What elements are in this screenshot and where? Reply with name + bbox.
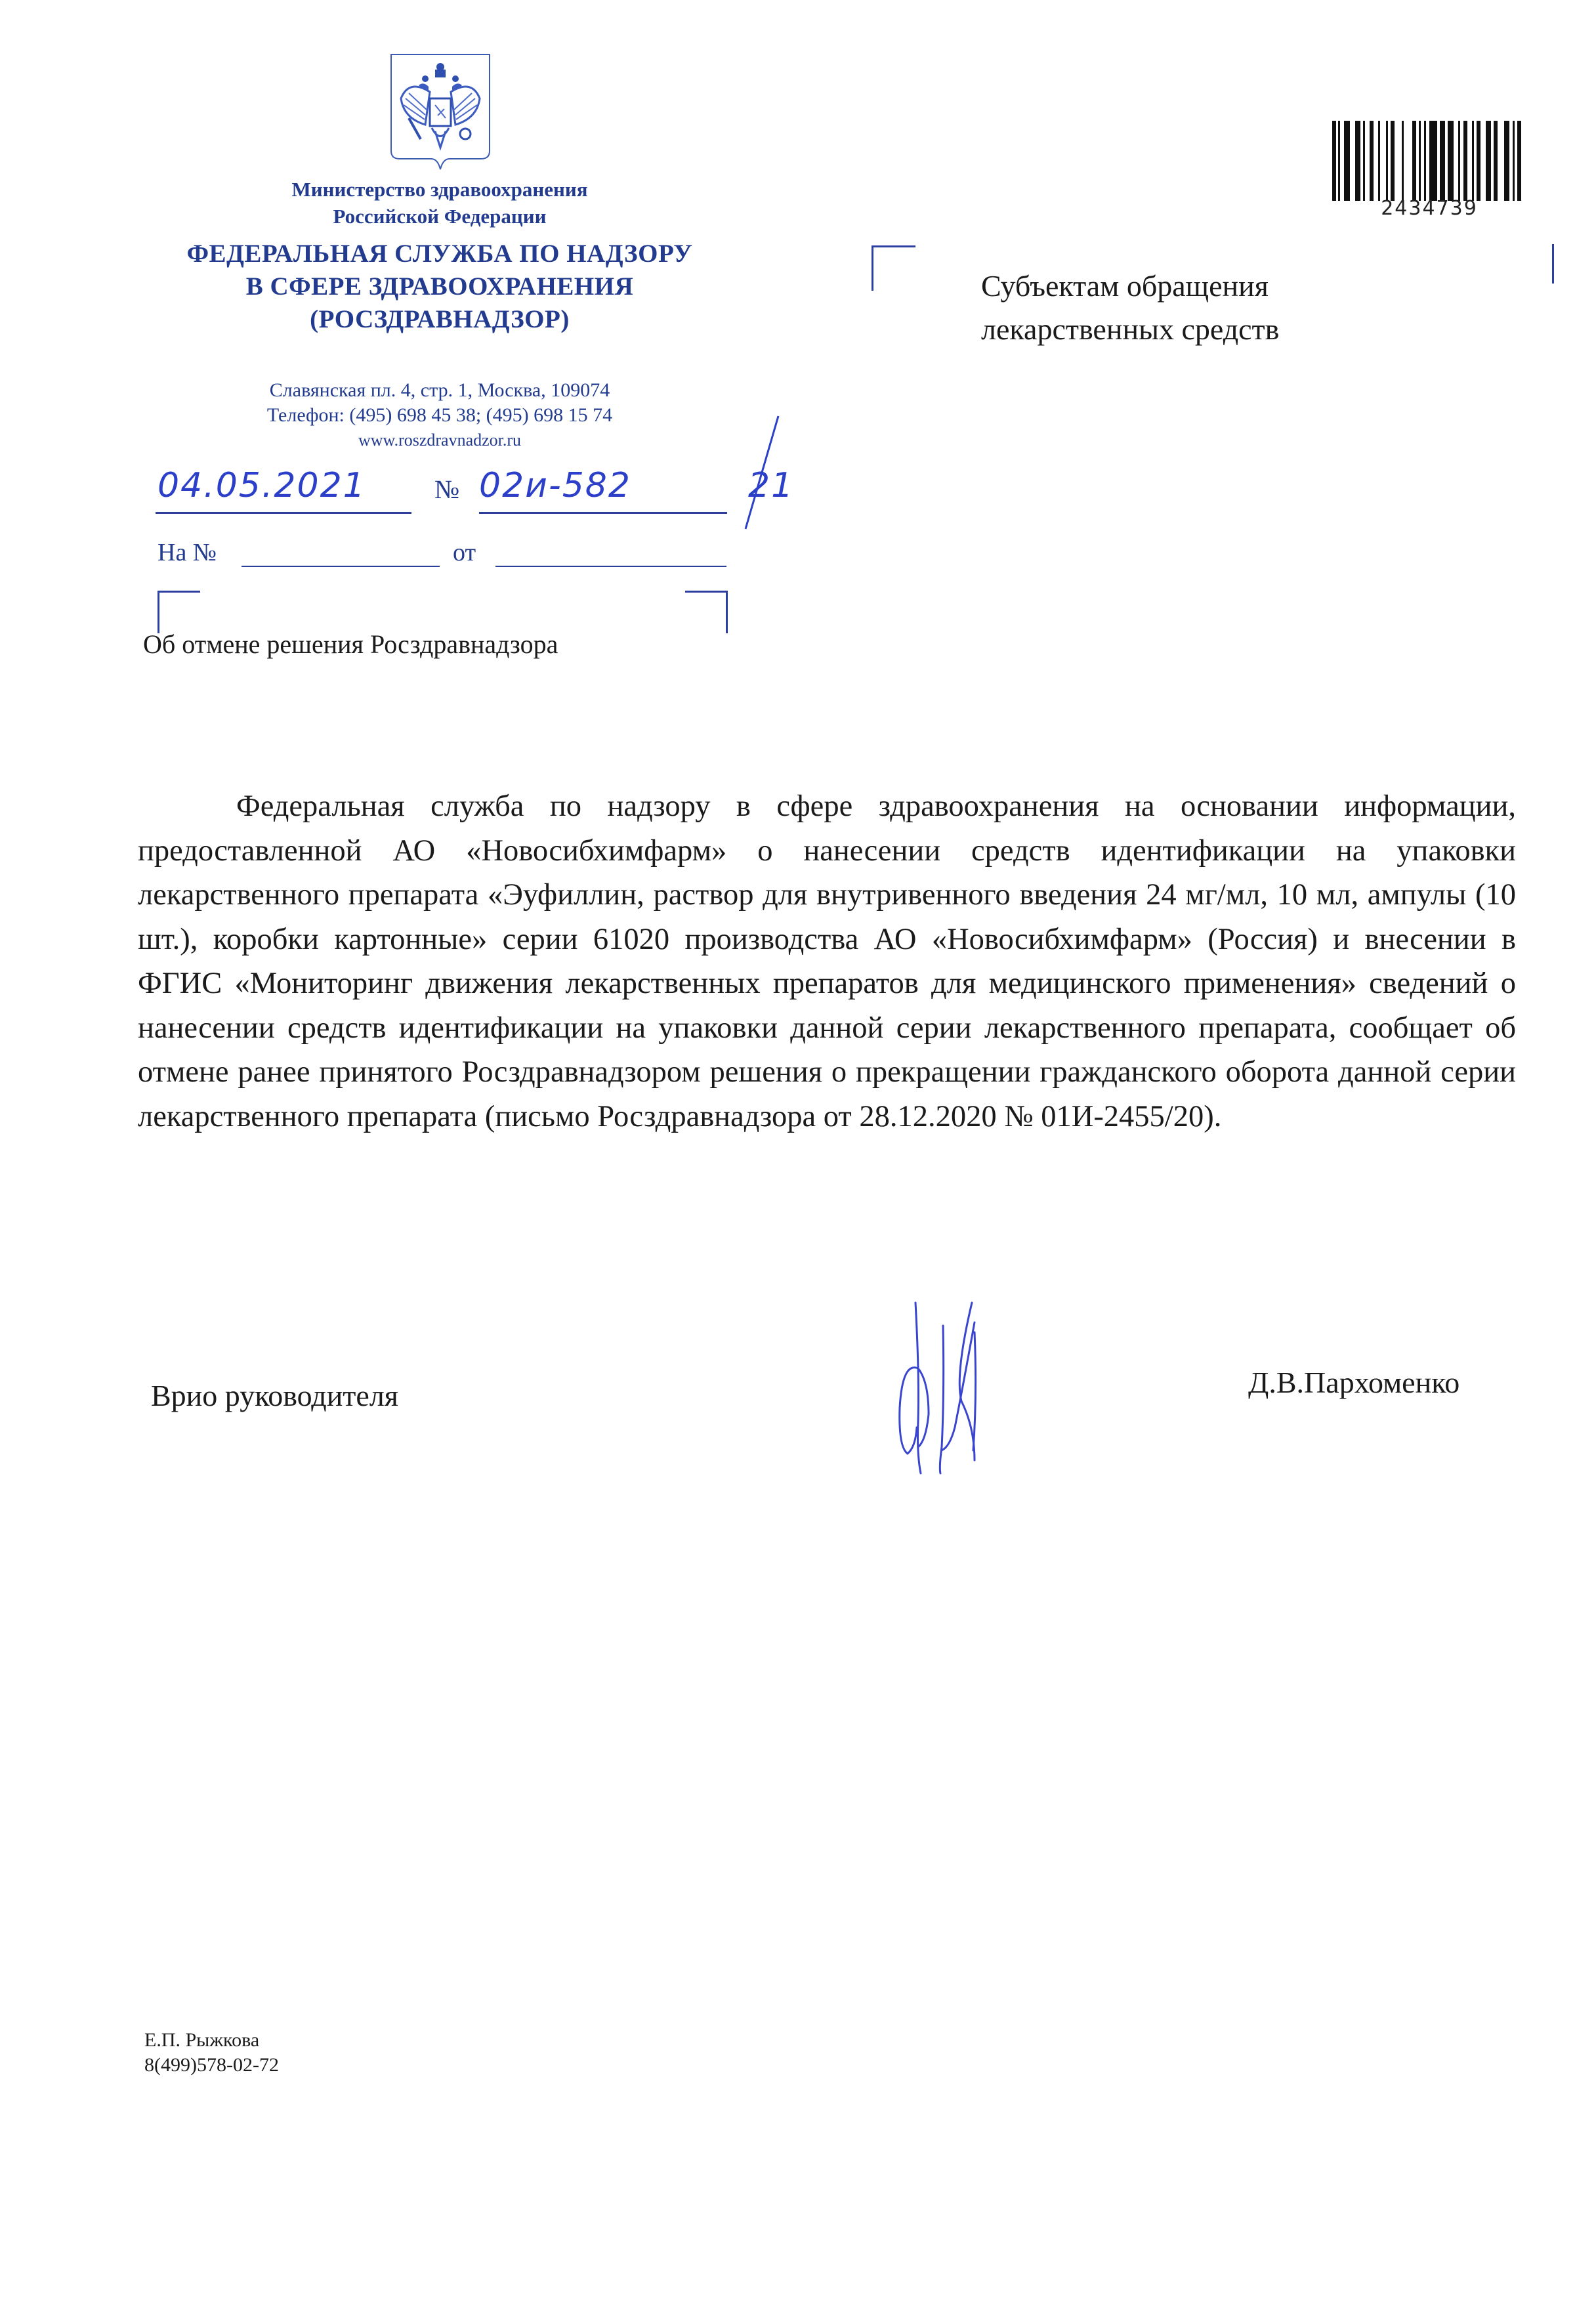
address: Славянская пл. 4, стр. 1, Москва, 109074 xyxy=(164,378,715,403)
ministry-name: Министерство здравоохранения Российской … xyxy=(197,176,682,230)
signatory-name: Д.В.Пархоменко xyxy=(1248,1365,1459,1400)
service-line-1: ФЕДЕРАЛЬНАЯ СЛУЖБА ПО НАДЗОРУ xyxy=(138,238,742,270)
number-sign: № xyxy=(434,474,459,505)
signatory-title: Врио руководителя xyxy=(151,1378,398,1413)
ministry-line-1: Министерство здравоохранения xyxy=(197,176,682,203)
addressee-line-1: Субъектам обращения xyxy=(981,264,1279,308)
reply-to-number-field xyxy=(241,566,440,567)
addressee: Субъектам обращения лекарственных средст… xyxy=(981,264,1279,351)
barcode-number: 2434739 xyxy=(1332,197,1526,220)
subject-bracket-right xyxy=(685,591,728,633)
coat-of-arms-icon xyxy=(389,53,492,171)
addressee-line-2: лекарственных средств xyxy=(981,308,1279,351)
ministry-line-2: Российской Федерации xyxy=(197,203,682,230)
service-line-2: В СФЕРЕ ЗДРАВООХРАНЕНИЯ xyxy=(138,270,742,303)
website-link[interactable]: www.roszdravnadzor.ru xyxy=(164,428,715,453)
service-line-3: (РОСЗДРАВНАДЗОР) xyxy=(138,303,742,336)
registration-date: 04.05.2021 xyxy=(157,466,366,505)
letter-subject: Об отмене решения Росздравнадзора xyxy=(143,629,558,660)
subject-bracket-left xyxy=(157,591,200,633)
letterhead-contacts: Славянская пл. 4, стр. 1, Москва, 109074… xyxy=(164,378,715,453)
addressee-bracket-right xyxy=(1552,244,1554,284)
date-underline xyxy=(156,512,411,514)
service-name: ФЕДЕРАЛЬНАЯ СЛУЖБА ПО НАДЗОРУ В СФЕРЕ ЗД… xyxy=(138,238,742,336)
handwritten-signature-icon xyxy=(876,1296,1060,1493)
addressee-bracket-left xyxy=(871,245,915,291)
reply-from-date-field xyxy=(495,566,726,567)
executor-name: Е.П. Рыжкова xyxy=(144,2028,279,2053)
number-underline xyxy=(479,512,727,514)
reply-to-label: На № xyxy=(157,538,217,567)
executor-phone: 8(499)578-02-72 xyxy=(144,2053,279,2078)
phone: Телефон: (495) 698 45 38; (495) 698 15 7… xyxy=(164,403,715,428)
barcode-icon xyxy=(1332,121,1526,201)
letter-body: Федеральная служба по надзору в сфере зд… xyxy=(138,784,1516,1139)
executor-info: Е.П. Рыжкова 8(499)578-02-72 xyxy=(144,2028,279,2078)
reply-from-label: от xyxy=(453,538,476,567)
registration-number: 02и-582 xyxy=(479,466,631,505)
registration-number-suffix: 21 xyxy=(748,466,794,505)
